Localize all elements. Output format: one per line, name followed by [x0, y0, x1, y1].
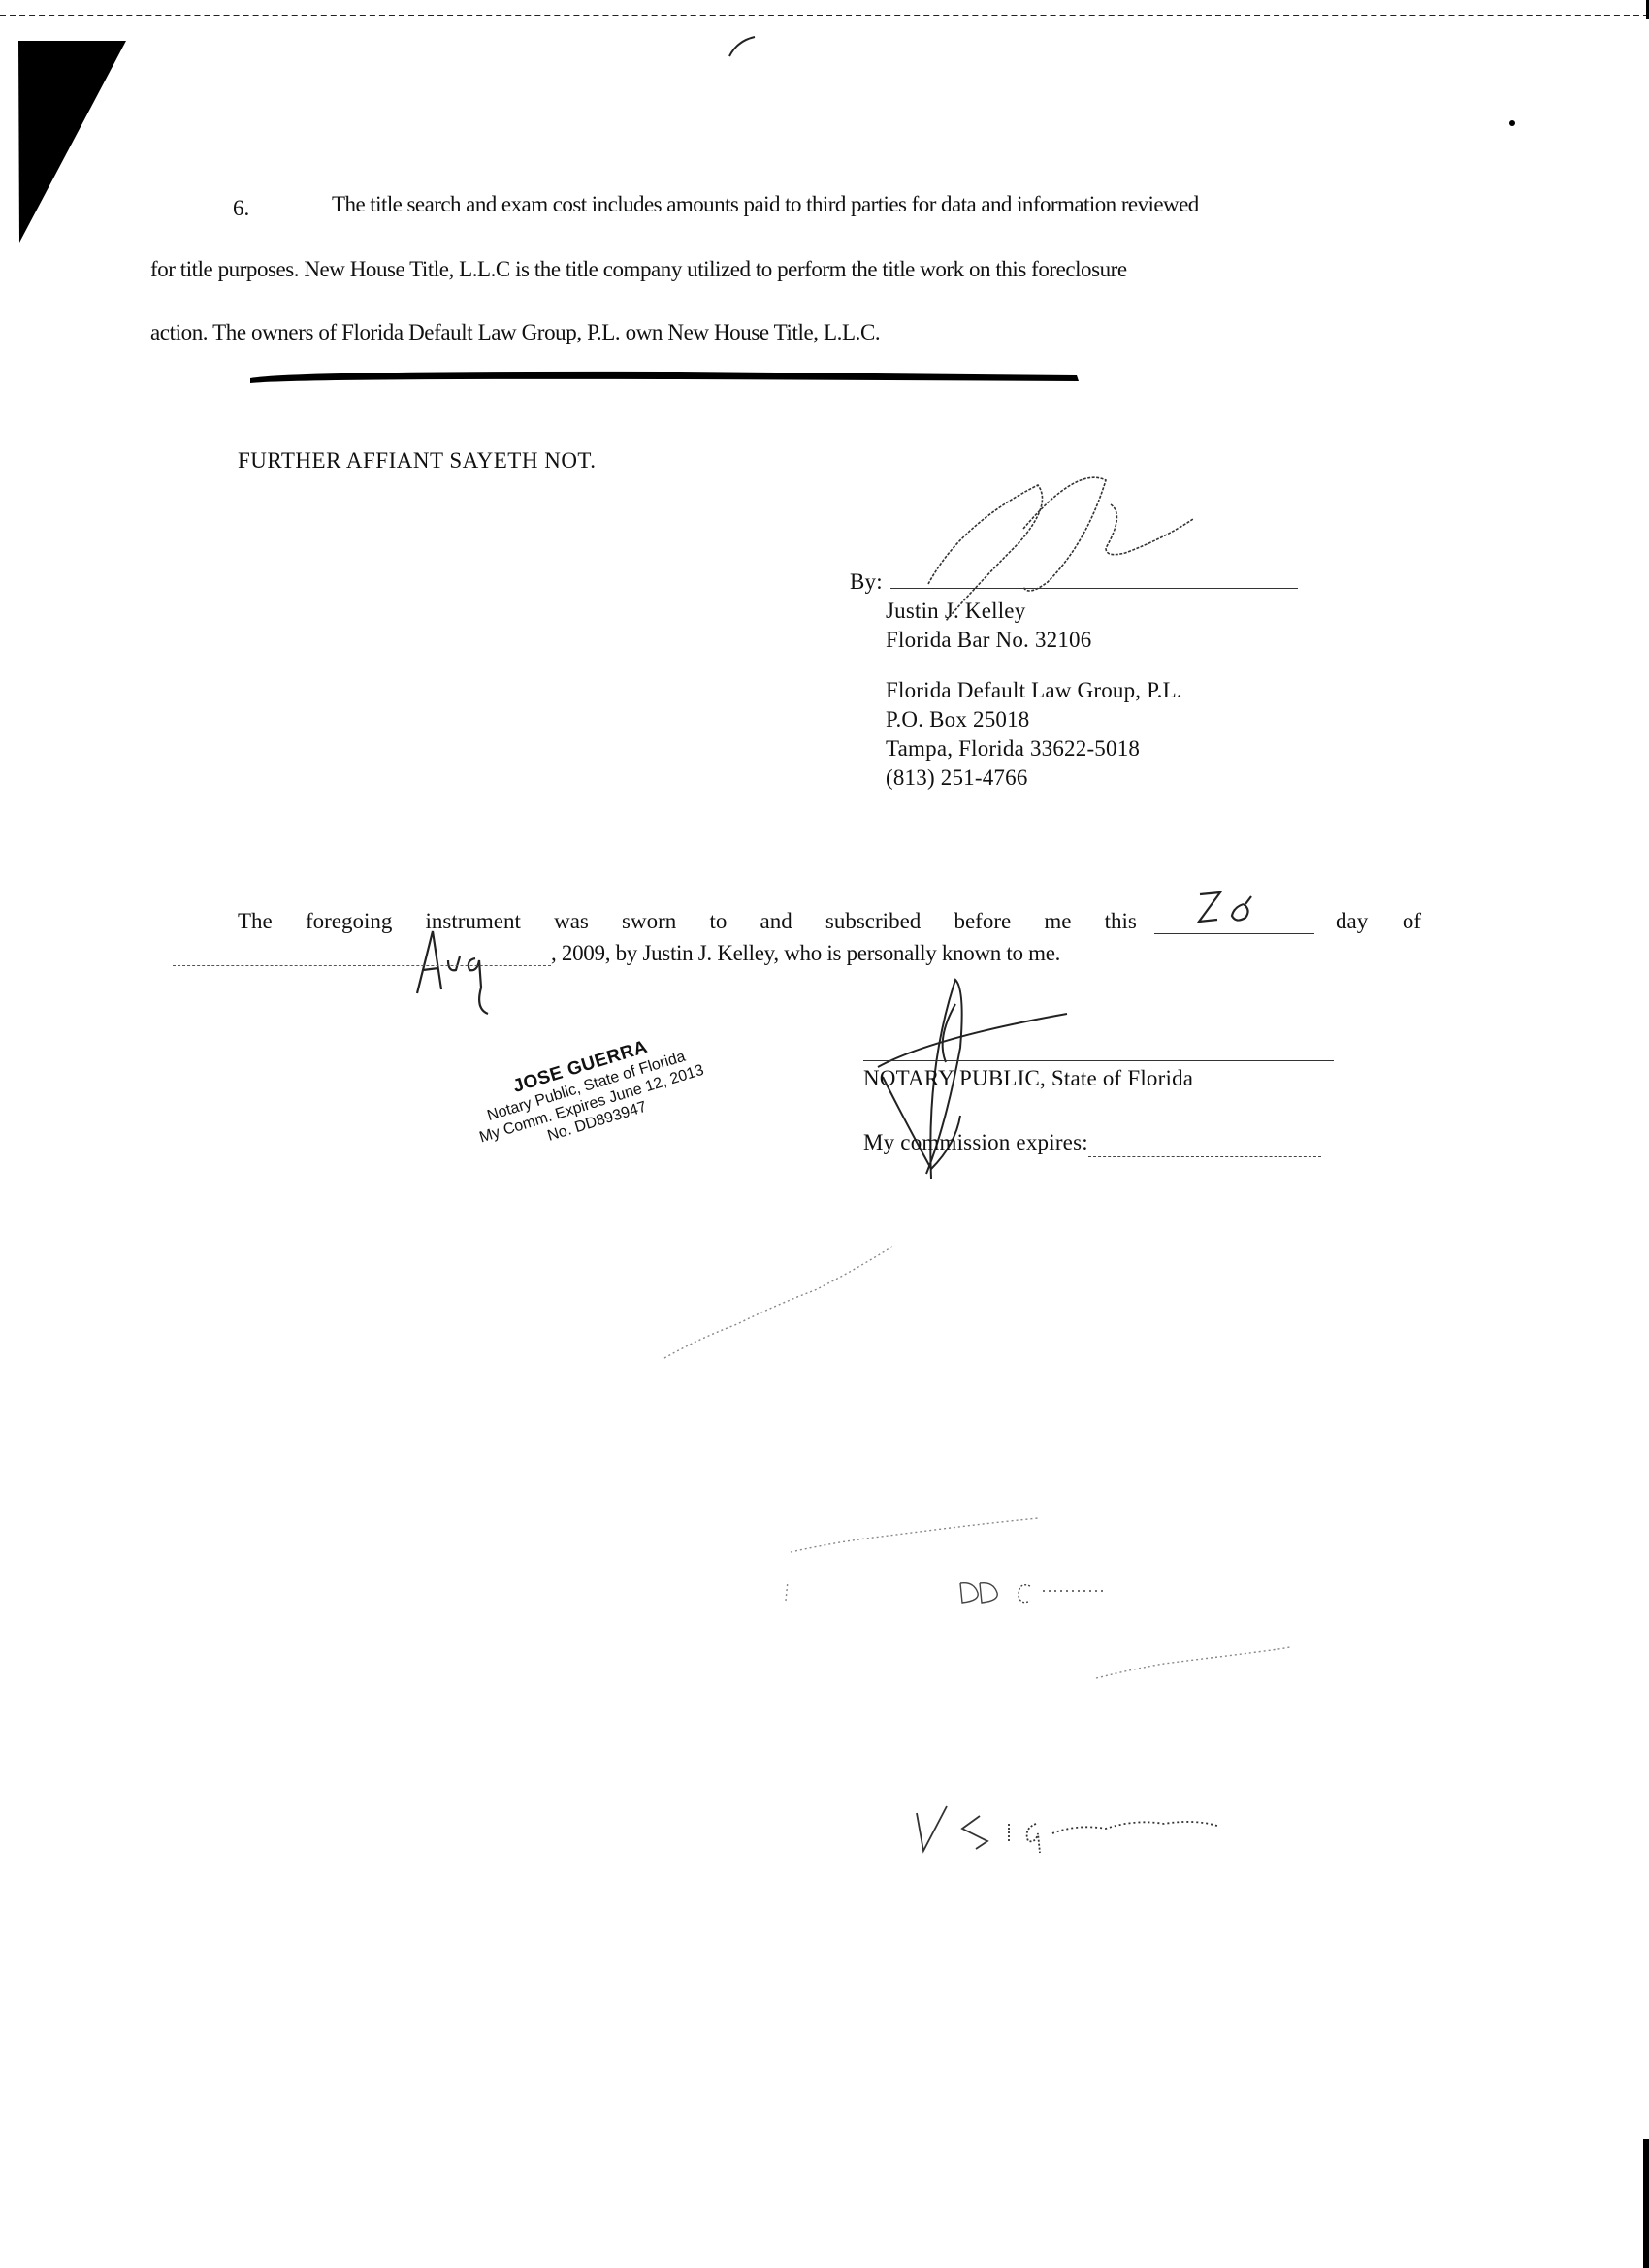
faint-handwriting	[664, 1247, 1290, 1678]
paragraph-number: 6.	[233, 196, 249, 221]
firm-name: Florida Default Law Group, P.L.	[886, 676, 1182, 705]
city-state-zip: Tampa, Florida 33622-5018	[886, 734, 1182, 763]
commission-row: My commission expires:	[863, 1128, 1321, 1157]
scan-edge-mark	[1643, 2139, 1649, 2268]
signature-line	[890, 568, 1298, 589]
paragraph-6-line-3: action. The owners of Florida Default La…	[150, 320, 880, 345]
bar-number: Florida Bar No. 32106	[886, 626, 1182, 655]
jurat-word: sworn	[622, 909, 676, 934]
jurat-word: to	[709, 909, 727, 934]
affiant-name: Justin J. Kelley	[886, 597, 1182, 626]
jurat-word: this	[1105, 909, 1137, 934]
day-blank	[1154, 910, 1314, 934]
month-blank	[173, 942, 551, 966]
commission-label: My commission expires:	[863, 1128, 1088, 1157]
pen-mark	[729, 37, 755, 56]
jurat-word: me	[1044, 909, 1071, 934]
by-label: By:	[850, 569, 883, 594]
jurat-word: instrument	[426, 909, 521, 934]
paragraph-6-line-1: The title search and exam cost includes …	[332, 192, 1199, 217]
notary-title: NOTARY PUBLIC, State of Florida	[863, 1064, 1193, 1093]
handwritten-underline	[250, 372, 1079, 383]
faint-dd-note	[960, 1583, 1106, 1603]
po-box: P.O. Box 25018	[886, 705, 1182, 734]
jurat-text: Theforegoinginstrumentwassworntoandsubsc…	[238, 909, 1137, 934]
jurat-word: and	[760, 909, 792, 934]
scan-corner-triangle	[18, 41, 126, 243]
jurat-word: was	[554, 909, 589, 934]
notary-signature-line	[863, 1060, 1334, 1061]
signature-line-row: By:	[850, 567, 1298, 597]
jurat-word: The	[238, 909, 273, 934]
jurat-line-2: , 2009, by Justin J. Kelley, who is pers…	[173, 941, 1060, 966]
jurat-line-2-text: , 2009, by Justin J. Kelley, who is pers…	[551, 941, 1060, 966]
notary-stamp: JOSE GUERRA Notary Public, State of Flor…	[466, 1023, 712, 1165]
phone-number: (813) 251-4766	[886, 763, 1182, 793]
closing-statement: FURTHER AFFIANT SAYETH NOT.	[238, 448, 597, 473]
commission-blank	[1088, 1135, 1321, 1157]
jurat-word: foregoing	[306, 909, 392, 934]
jurat-line-1: Theforegoinginstrumentwassworntoandsubsc…	[238, 909, 1421, 934]
v-signature-note	[917, 1806, 1217, 1853]
scan-top-border	[0, 15, 1649, 16]
signature-block: Justin J. Kelley Florida Bar No. 32106 F…	[886, 597, 1182, 793]
paragraph-6-line-2: for title purposes. New House Title, L.L…	[150, 257, 1127, 282]
jurat-word: subscribed	[825, 909, 921, 934]
day-of-text: day of	[1336, 909, 1421, 934]
jurat-word: before	[954, 909, 1011, 934]
